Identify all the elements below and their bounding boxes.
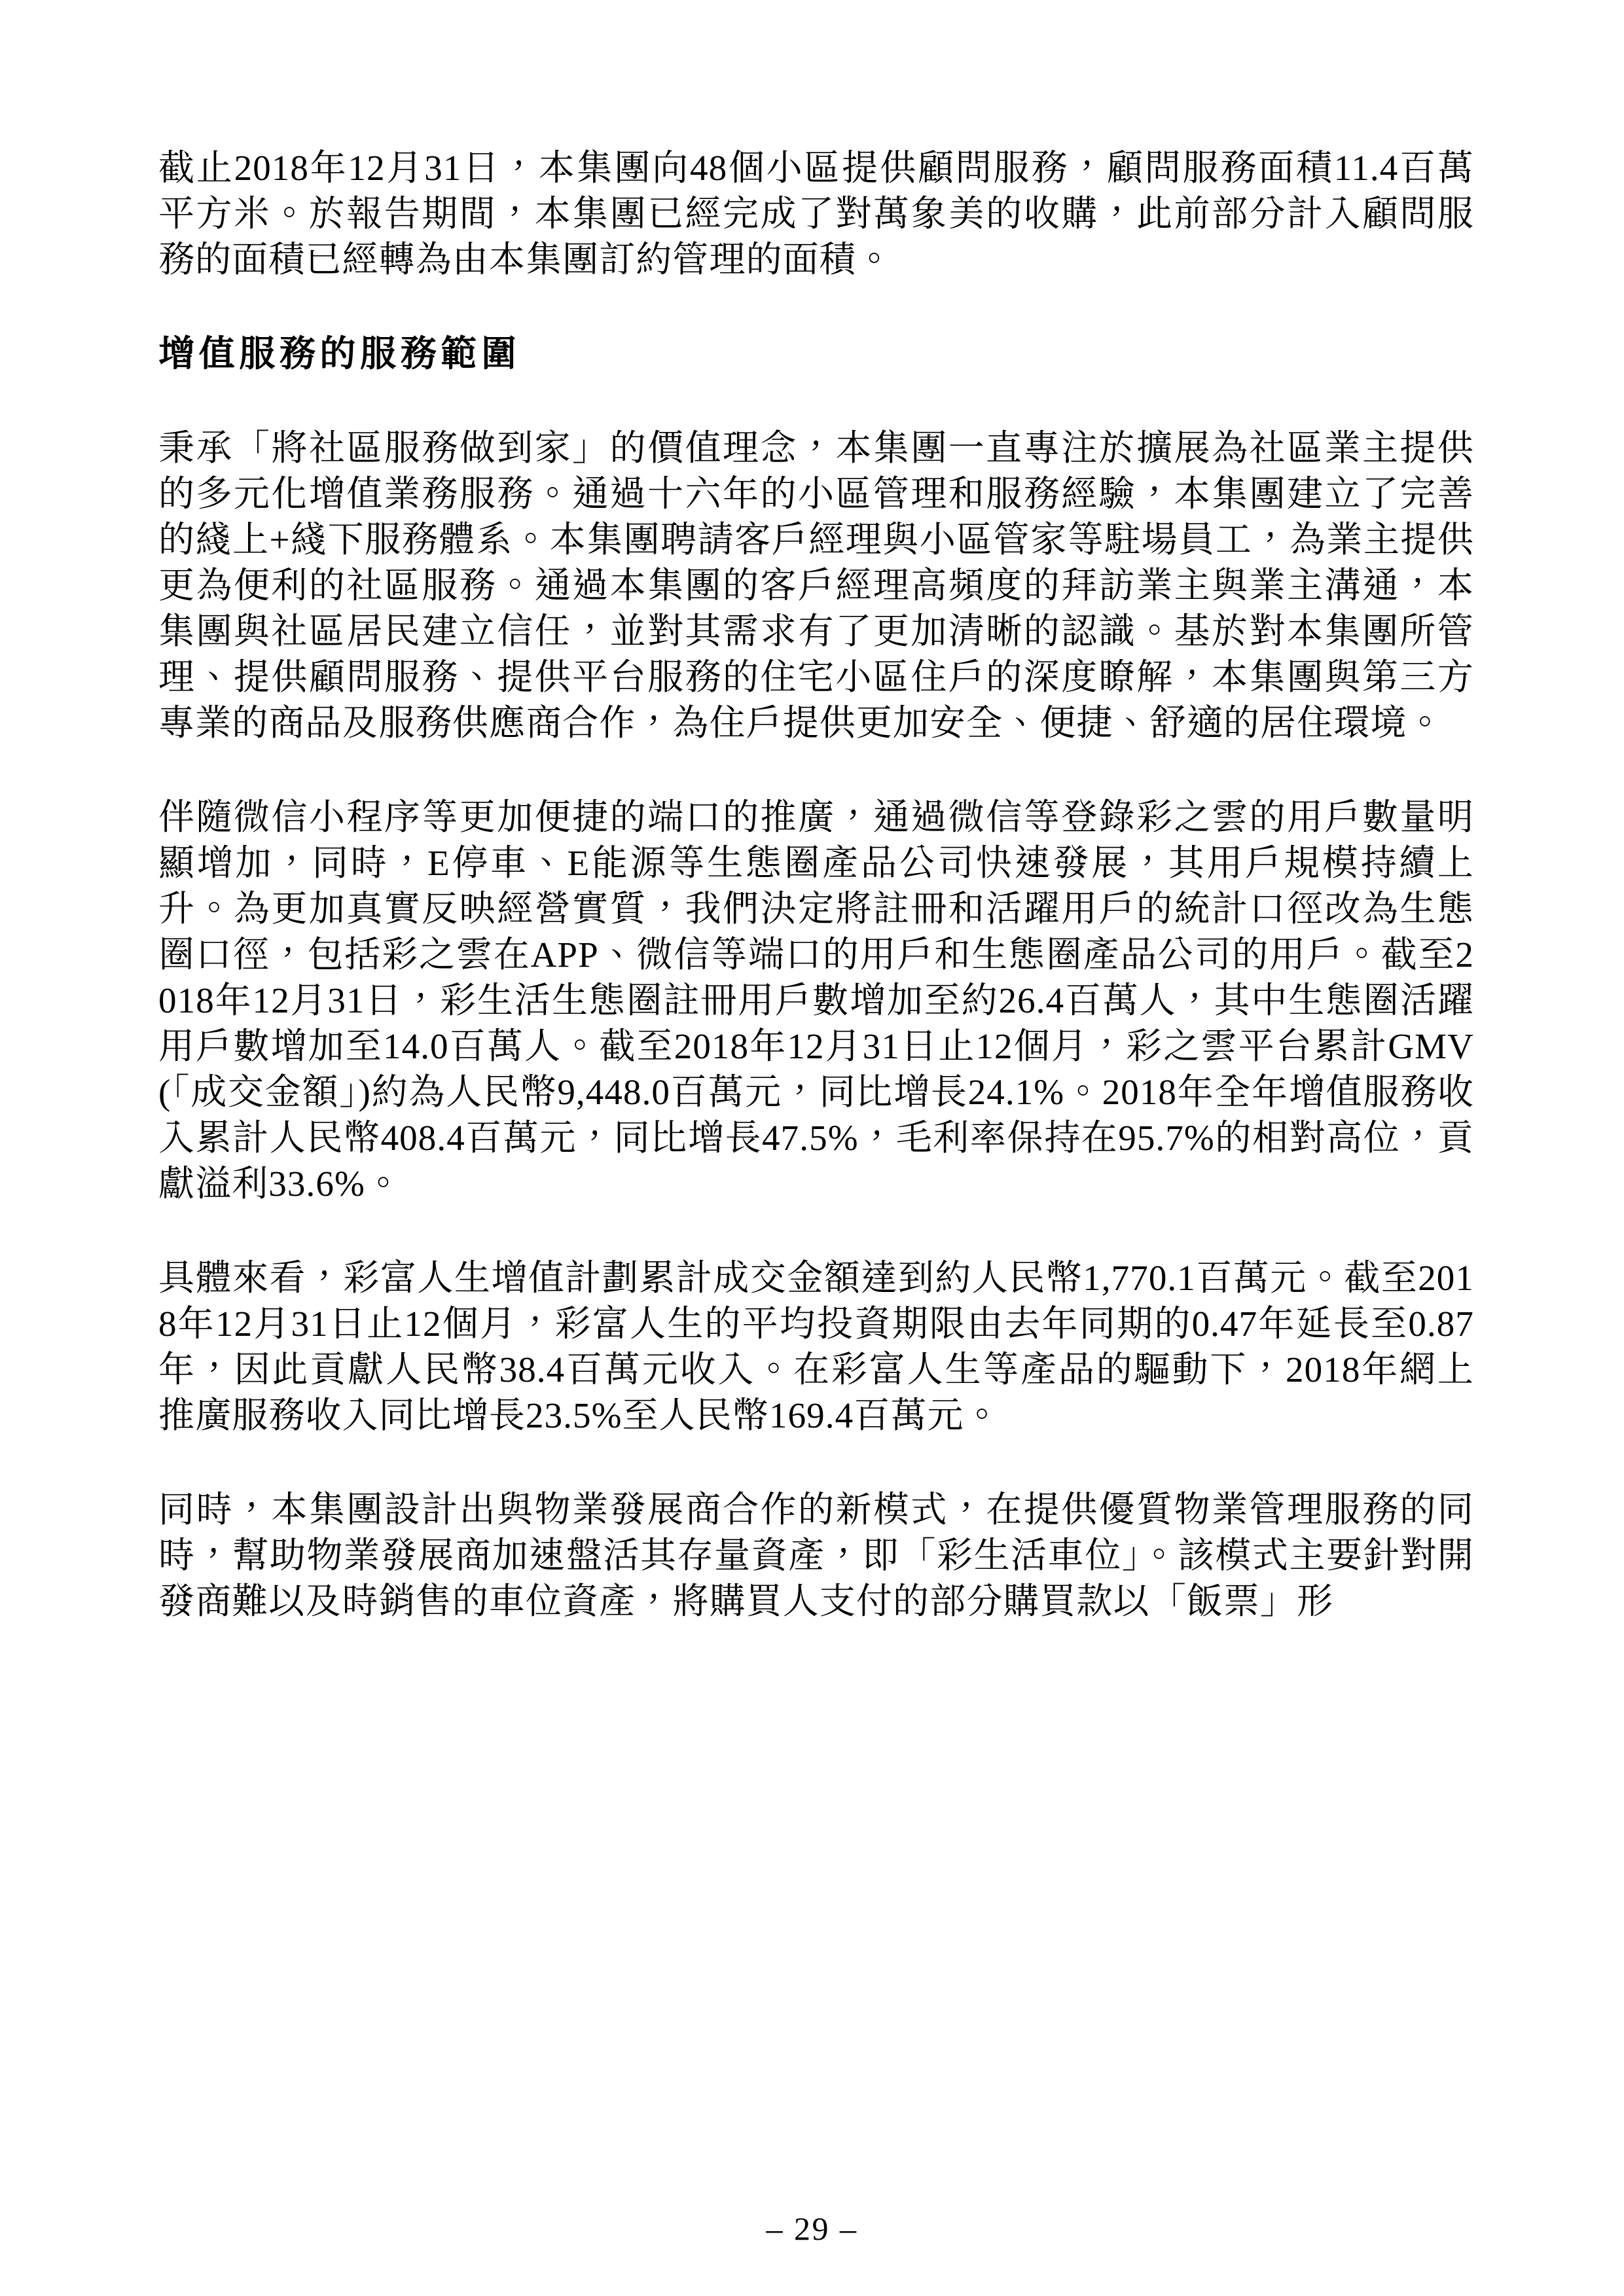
document-page: 截止2018年12月31日，本集團向48個小區提供顧問服務，顧問服務面積11.4… — [0, 0, 1624, 2296]
paragraph: 具體來看，彩富人生增值計劃累計成交金額達到約人民幣1,770.1百萬元。截至20… — [158, 1255, 1474, 1439]
page-number: – 29 – — [0, 2206, 1624, 2251]
intro-paragraph: 截止2018年12月31日，本集團向48個小區提供顧問服務，顧問服務面積11.4… — [158, 145, 1474, 283]
section-heading: 增值服務的服務範圍 — [158, 331, 1474, 377]
page-content: 截止2018年12月31日，本集團向48個小區提供顧問服務，顧問服務面積11.4… — [158, 145, 1474, 1673]
paragraph: 伴隨微信小程序等更加便捷的端口的推廣，通過微信等登錄彩之雲的用戶數量明顯增加，同… — [158, 795, 1474, 1207]
paragraph: 秉承「將社區服務做到家」的價值理念，本集團一直專注於擴展為社區業主提供的多元化增… — [158, 425, 1474, 746]
paragraph: 同時，本集團設計出與物業發展商合作的新模式，在提供優質物業管理服務的同時，幫助物… — [158, 1487, 1474, 1624]
